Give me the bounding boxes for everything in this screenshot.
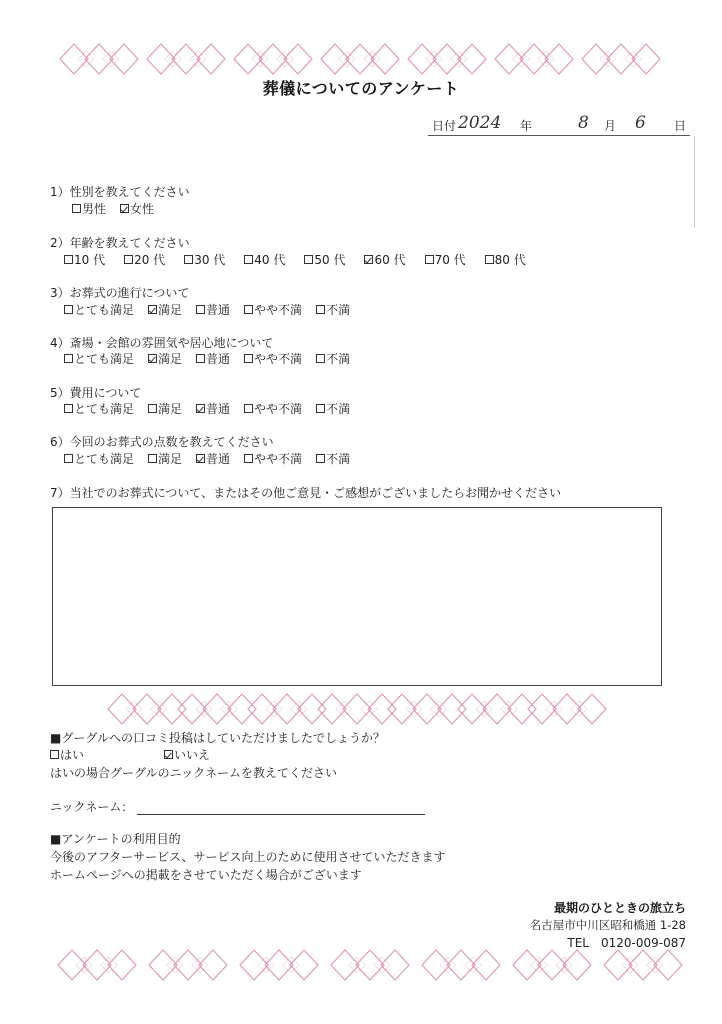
scan-artifact: [440, 136, 695, 228]
option-label: やや不満: [254, 400, 302, 417]
purpose-line-2: ホームページへの掲載をさせていただく場合がございます: [50, 866, 362, 883]
question-2-label: 2）年齢を教えてください: [50, 234, 190, 251]
option-label: 不満: [326, 400, 350, 417]
checkbox[interactable]: [485, 255, 494, 264]
date-month-value: 8: [578, 113, 589, 133]
checkbox-no[interactable]: [164, 750, 173, 759]
checkbox[interactable]: [244, 305, 253, 314]
question-2-option[interactable]: 80 代: [485, 251, 526, 268]
question-2-option[interactable]: 60 代: [364, 251, 405, 268]
option-label: やや不満: [254, 350, 302, 367]
checkbox[interactable]: [316, 354, 325, 363]
question-2-option[interactable]: 10 代: [64, 251, 105, 268]
checkbox[interactable]: [316, 404, 325, 413]
question-5-option[interactable]: 満足: [148, 400, 182, 417]
option-label: やや不満: [254, 450, 302, 467]
question-5-option[interactable]: とても満足: [64, 400, 134, 417]
question-5-option[interactable]: やや不満: [244, 400, 302, 417]
option-label: 女性: [130, 200, 154, 217]
option-label: 満足: [158, 350, 182, 367]
question-4-label: 4）斎場・会館の雰囲気や居心地について: [50, 334, 273, 351]
checkbox[interactable]: [64, 454, 73, 463]
comment-textarea[interactable]: [52, 507, 662, 686]
checkbox[interactable]: [124, 255, 133, 264]
question-6-option[interactable]: 満足: [148, 450, 182, 467]
option-label: 男性: [82, 200, 106, 217]
option-label: とても満足: [74, 350, 134, 367]
option-label: 普通: [206, 301, 230, 318]
question-2-options: 10 代20 代30 代40 代50 代60 代70 代80 代: [64, 251, 545, 268]
google-review-question: ■グーグルへの口コミ投稿はしていただけましたでしょうか？: [50, 729, 385, 746]
checkbox[interactable]: [120, 204, 129, 213]
option-label: とても満足: [74, 450, 134, 467]
checkbox[interactable]: [244, 354, 253, 363]
checkbox[interactable]: [64, 354, 73, 363]
date-day-unit: 日: [674, 117, 686, 134]
question-5-option[interactable]: 不満: [316, 400, 350, 417]
option-label: 満足: [158, 301, 182, 318]
checkbox[interactable]: [196, 404, 205, 413]
question-2-option[interactable]: 50 代: [304, 251, 345, 268]
question-6-option[interactable]: 不満: [316, 450, 350, 467]
question-3-options: とても満足満足普通やや不満不満: [64, 301, 364, 318]
question-2-option[interactable]: 70 代: [425, 251, 466, 268]
checkbox[interactable]: [148, 454, 157, 463]
google-review-option-yes[interactable]: はい: [50, 746, 84, 763]
question-6-option[interactable]: やや不満: [244, 450, 302, 467]
option-label: 不満: [326, 450, 350, 467]
decorative-border-bottom: [0, 948, 722, 982]
checkbox[interactable]: [196, 305, 205, 314]
nickname-input[interactable]: [137, 813, 425, 815]
option-label: とても満足: [74, 400, 134, 417]
checkbox[interactable]: [316, 305, 325, 314]
question-3-option[interactable]: 不満: [316, 301, 350, 318]
question-1-options: 男性女性: [72, 200, 168, 217]
date-field[interactable]: 日付 2024 年 8 月 6 日: [428, 111, 690, 136]
question-6-option[interactable]: とても満足: [64, 450, 134, 467]
option-label: 70 代: [435, 251, 466, 268]
question-6-option[interactable]: 普通: [196, 450, 230, 467]
option-label: 不満: [326, 350, 350, 367]
question-2-option[interactable]: 40 代: [244, 251, 285, 268]
checkbox[interactable]: [196, 354, 205, 363]
checkbox[interactable]: [148, 404, 157, 413]
option-label: 満足: [158, 450, 182, 467]
question-3-option[interactable]: やや不満: [244, 301, 302, 318]
question-1-label: 1）性別を教えてください: [50, 183, 190, 200]
question-5-options: とても満足満足普通やや不満不満: [64, 400, 364, 417]
decorative-border-top: [0, 42, 722, 76]
company-tel: TEL 0120-009-087: [567, 934, 686, 951]
question-2-option[interactable]: 20 代: [124, 251, 165, 268]
question-1-option[interactable]: 女性: [120, 200, 154, 217]
option-label: 50 代: [314, 251, 345, 268]
option-label: 60 代: [374, 251, 405, 268]
checkbox[interactable]: [304, 255, 313, 264]
option-label: 40 代: [254, 251, 285, 268]
google-review-options: はい いいえ: [50, 746, 224, 763]
date-day-value: 6: [635, 113, 646, 133]
question-3-option[interactable]: 満足: [148, 301, 182, 318]
question-3-label: 3）お葬式の進行について: [50, 284, 189, 301]
checkbox[interactable]: [64, 305, 73, 314]
option-label: 不満: [326, 301, 350, 318]
question-4-option[interactable]: やや不満: [244, 350, 302, 367]
question-3-option[interactable]: とても満足: [64, 301, 134, 318]
question-6-options: とても満足満足普通やや不満不満: [64, 450, 364, 467]
date-year-value: 2024: [458, 113, 501, 133]
checkbox[interactable]: [184, 255, 193, 264]
question-7-label: 7）当社でのお葬式について、またはその他ご意見・ご感想がございましたらお聞かせく…: [50, 484, 561, 501]
question-4-option[interactable]: 普通: [196, 350, 230, 367]
question-1-option[interactable]: 男性: [72, 200, 106, 217]
option-label: 普通: [206, 350, 230, 367]
checkbox[interactable]: [244, 454, 253, 463]
question-5-label: 5）費用について: [50, 384, 141, 401]
question-4-option[interactable]: 満足: [148, 350, 182, 367]
question-4-option[interactable]: 不満: [316, 350, 350, 367]
checkbox[interactable]: [148, 305, 157, 314]
option-label: 満足: [158, 400, 182, 417]
checkbox[interactable]: [244, 404, 253, 413]
decorative-border-middle: [0, 692, 722, 726]
option-label: 20 代: [134, 251, 165, 268]
company-name: 最期のひとときの旅立ち: [554, 899, 686, 916]
google-review-option-no[interactable]: いいえ: [164, 746, 210, 763]
checkbox[interactable]: [425, 255, 434, 264]
nickname-label: ニックネーム：: [50, 798, 133, 815]
date-year-unit: 年: [520, 117, 532, 134]
checkbox[interactable]: [364, 255, 373, 264]
page-title: 葬儀についてのアンケート: [0, 76, 722, 99]
question-3-option[interactable]: 普通: [196, 301, 230, 318]
company-address: 名古屋市中川区昭和橋通 1-28: [530, 917, 686, 933]
nickname-prompt: はいの場合グーグルのニックネームを教えてください: [50, 764, 337, 781]
purpose-heading: ■アンケートの利用目的: [50, 830, 181, 847]
date-month-unit: 月: [604, 117, 616, 134]
option-label: 80 代: [495, 251, 526, 268]
option-label: とても満足: [74, 301, 134, 318]
option-label: やや不満: [254, 301, 302, 318]
checkbox[interactable]: [244, 255, 253, 264]
checkbox[interactable]: [316, 454, 325, 463]
purpose-line-1: 今後のアフターサービス、サービス向上のために使用させていただきます: [50, 848, 446, 865]
question-4-option[interactable]: とても満足: [64, 350, 134, 367]
question-5-option[interactable]: 普通: [196, 400, 230, 417]
option-label: 普通: [206, 400, 230, 417]
question-4-options: とても満足満足普通やや不満不満: [64, 350, 364, 367]
date-label: 日付: [432, 117, 456, 134]
checkbox[interactable]: [64, 404, 73, 413]
option-label: 10 代: [74, 251, 105, 268]
checkbox[interactable]: [64, 255, 73, 264]
question-6-label: 6）今回のお葬式の点数を教えてください: [50, 433, 274, 450]
checkbox-yes[interactable]: [50, 750, 59, 759]
option-label: 30 代: [194, 251, 225, 268]
checkbox[interactable]: [196, 454, 205, 463]
checkbox[interactable]: [72, 204, 81, 213]
question-2-option[interactable]: 30 代: [184, 251, 225, 268]
checkbox[interactable]: [148, 354, 157, 363]
option-label: 普通: [206, 450, 230, 467]
